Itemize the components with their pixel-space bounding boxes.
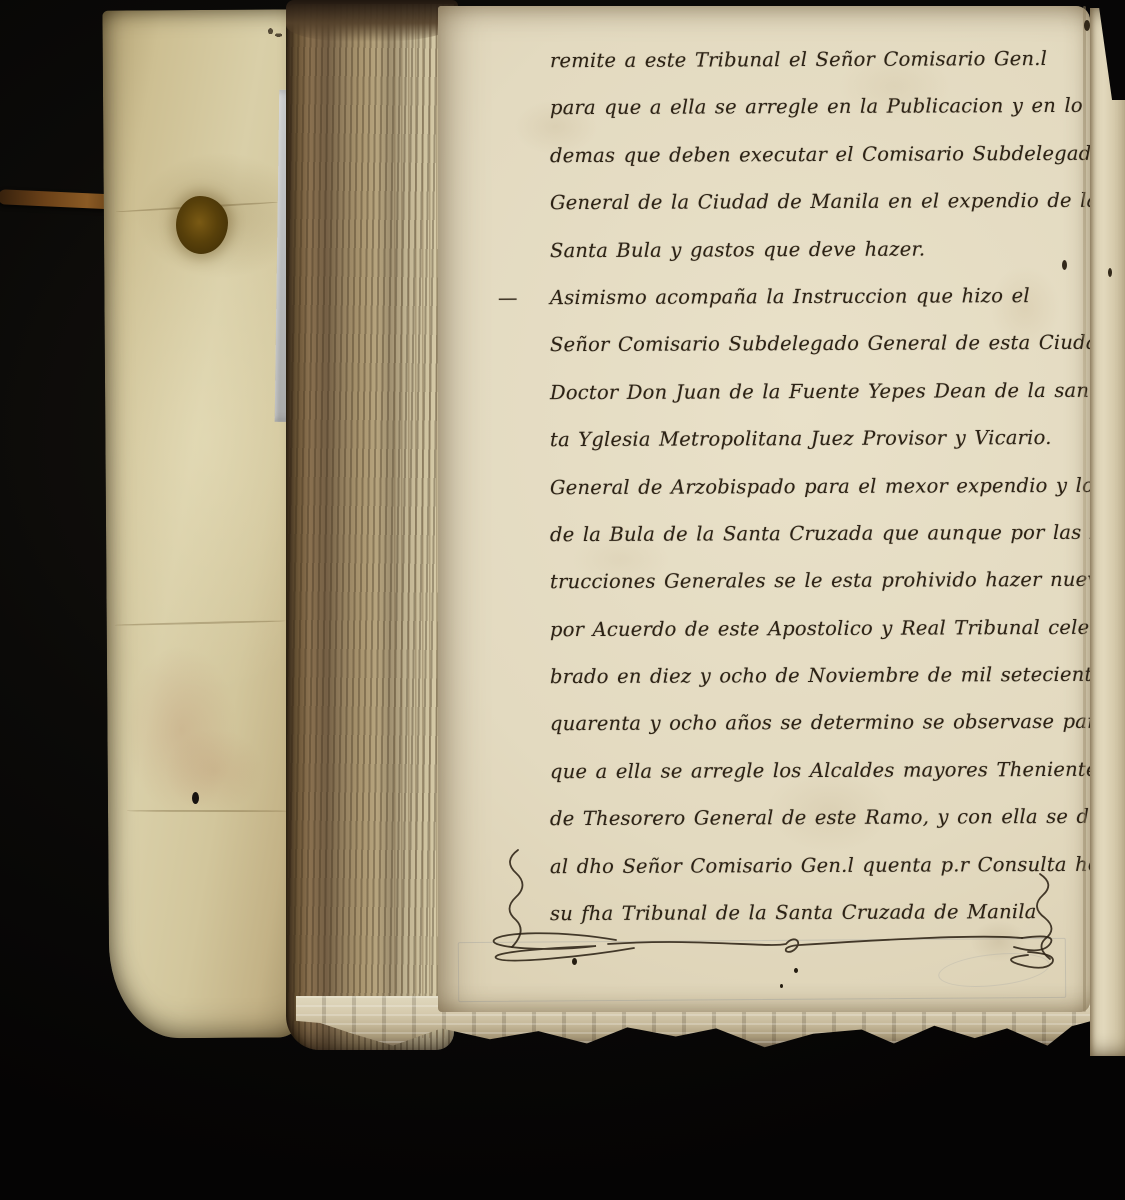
manuscript-line: trucciones Generales se le esta prohivid… [550, 556, 1080, 606]
edge-nick [1062, 260, 1067, 270]
manuscript-line: General de la Ciudad de Manila en el exp… [550, 177, 1080, 227]
manuscript-line-text: Asimismo acompaña la Instruccion que hiz… [550, 284, 1030, 309]
manuscript-line: — Asimismo acompaña la Instruccion que h… [550, 272, 1080, 322]
ink-speck [780, 984, 783, 988]
vellum-crease [127, 810, 290, 812]
text-block: remite a este Tribunal el Señor Comisari… [550, 36, 1080, 936]
manuscript-line: Santa Bula y gastos que deve hazer. [550, 224, 1080, 274]
manuscript-line: Doctor Don Juan de la Fuente Yepes Dean … [550, 367, 1080, 417]
underlying-page-edge [1090, 8, 1125, 1056]
edge-nick [1084, 20, 1090, 31]
cover-mark [266, 26, 284, 39]
edge-nick [1108, 268, 1112, 277]
spine-headcap [286, 0, 458, 42]
manuscript-line: quarenta y ocho años se determino se obs… [550, 698, 1080, 748]
closing-flourish [438, 898, 1090, 974]
page-fold-crease [1083, 6, 1086, 1012]
manuscript-line: de la Bula de la Santa Cruzada que aunqu… [550, 509, 1080, 559]
manuscript-line: por Acuerdo de este Apostolico y Real Tr… [550, 604, 1080, 654]
manuscript-line: Señor Comisario Subdelegado General de e… [550, 319, 1080, 369]
manuscript-line: ta Yglesia Metropolitana Juez Provisor y… [550, 414, 1080, 464]
margin-dash: — [498, 274, 518, 321]
manuscript-line: demas que deben executar el Comisario Su… [550, 130, 1080, 180]
manuscript-line: General de Arzobispado para el mexor exp… [550, 461, 1080, 511]
manuscript-line: para que a ella se arregle en la Publica… [550, 82, 1080, 132]
manuscript-line: remite a este Tribunal el Señor Comisari… [550, 35, 1080, 85]
vellum-cover [102, 9, 303, 1038]
manuscript-line: que a ella se arregle los Alcaldes mayor… [550, 746, 1080, 796]
worm-hole [192, 792, 199, 804]
manuscript-line: de Thesorero General de este Ramo, y con… [550, 793, 1080, 843]
manuscript-line: al dho Señor Comisario Gen.l quenta p.r … [550, 840, 1080, 890]
vellum-crease [114, 620, 285, 626]
manuscript-page: remite a este Tribunal el Señor Comisari… [438, 6, 1090, 1012]
manuscript-line: brado en diez y ocho de Noviembre de mil… [550, 651, 1080, 701]
